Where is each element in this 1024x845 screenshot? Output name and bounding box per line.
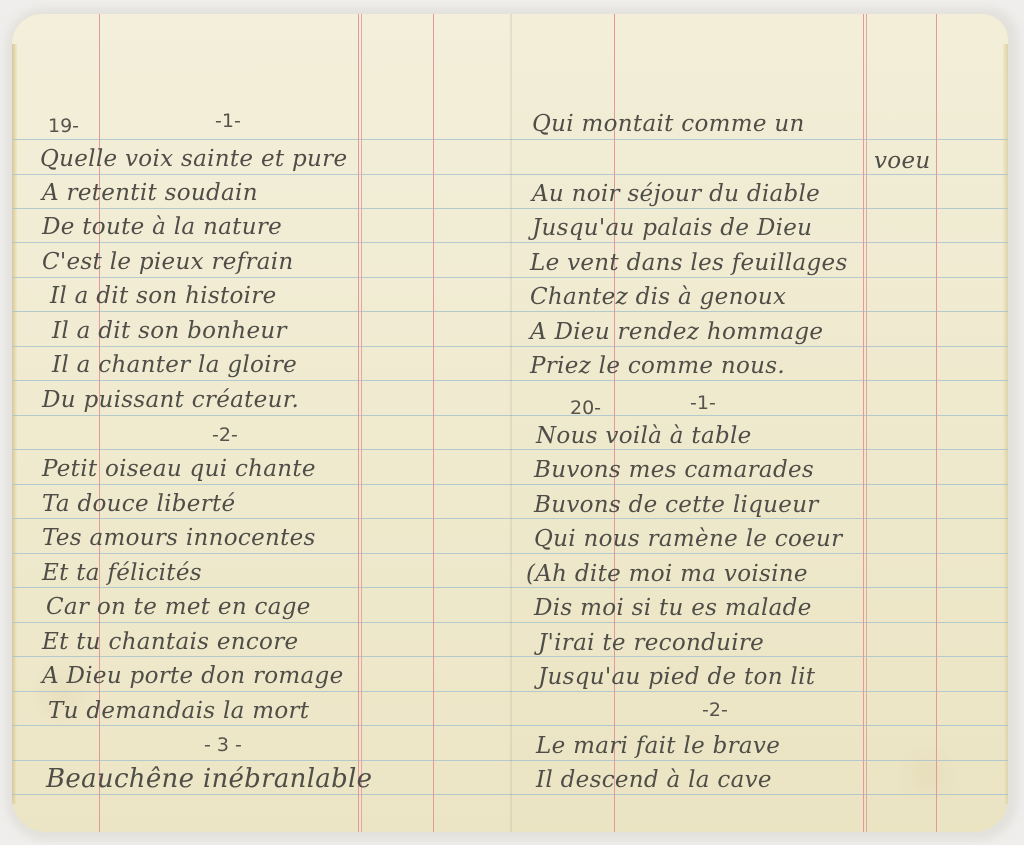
lyric-line: Tu demandais la mort	[48, 698, 309, 724]
lyric-line: Ta douce liberté	[42, 491, 235, 517]
lyric-line: Il a chanter la gloire	[52, 352, 297, 378]
song-number: 19-	[48, 115, 79, 137]
lyric-line: Car on te met en cage	[46, 594, 311, 620]
lyric-line: Buvons de cette liqueur	[534, 492, 819, 518]
lyric-line: A Dieu porte don romage	[42, 663, 343, 689]
lyric-line: A Dieu rendez hommage	[530, 319, 823, 345]
lyric-line: Priez le comme nous.	[530, 353, 785, 379]
left-page: 19- -1- Quelle voix sainte et pure A ret…	[12, 14, 512, 832]
section-marker: -2-	[212, 424, 238, 446]
lyric-line: C'est le pieux refrain	[42, 249, 294, 275]
lyric-line: Et ta félicités	[42, 560, 202, 586]
section-marker: - 3 -	[204, 734, 242, 756]
lyric-line: Du puissant créateur.	[42, 387, 299, 413]
lyric-line: Beauchêne inébranlable	[46, 764, 372, 794]
lyric-line: Quelle voix sainte et pure	[40, 146, 347, 172]
section-marker: -2-	[702, 699, 728, 721]
song-number: 20-	[570, 397, 601, 419]
lyric-line: Il descend à la cave	[536, 767, 772, 793]
lyric-line: De toute à la nature	[42, 214, 282, 240]
lyric-line: Il a dit son bonheur	[52, 318, 287, 344]
lyric-line: Il a dit son histoire	[50, 283, 277, 309]
lyric-line: J'irai te reconduire	[538, 630, 764, 656]
open-notebook: 19- -1- Quelle voix sainte et pure A ret…	[12, 14, 1008, 832]
lyric-line: Au noir séjour du diable	[532, 181, 820, 207]
lyric-line: A retentit soudain	[42, 180, 258, 206]
left-page-text: 19- -1- Quelle voix sainte et pure A ret…	[12, 14, 512, 832]
lyric-line: Le mari fait le brave	[536, 733, 780, 759]
lyric-line: Petit oiseau qui chante	[42, 456, 316, 482]
lyric-line: Buvons mes camarades	[534, 457, 814, 483]
lyric-line: Et tu chantais encore	[42, 629, 298, 655]
lyric-line: Qui montait comme un	[532, 111, 805, 137]
lyric-line: Nous voilà à table	[536, 423, 752, 449]
lyric-line: Dis moi si tu es malade	[534, 595, 812, 621]
section-marker: -1-	[215, 110, 241, 132]
section-marker: -1-	[690, 392, 716, 414]
lyric-line: (Ah dite moi ma voisine	[526, 561, 808, 587]
lyric-line: voeu	[874, 148, 930, 174]
lyric-line: Jusqu'au pied de ton lit	[538, 664, 815, 690]
lyric-line: Qui nous ramène le coeur	[534, 526, 842, 552]
lyric-line: Tes amours innocentes	[42, 525, 316, 551]
right-page-text: Qui montait comme un voeu Au noir séjour…	[512, 14, 1008, 832]
lyric-line: Le vent dans les feuillages	[530, 250, 848, 276]
right-page: Qui montait comme un voeu Au noir séjour…	[512, 14, 1008, 832]
lyric-line: Chantez dis à genoux	[530, 284, 786, 310]
lyric-line: Jusqu'au palais de Dieu	[532, 215, 812, 241]
